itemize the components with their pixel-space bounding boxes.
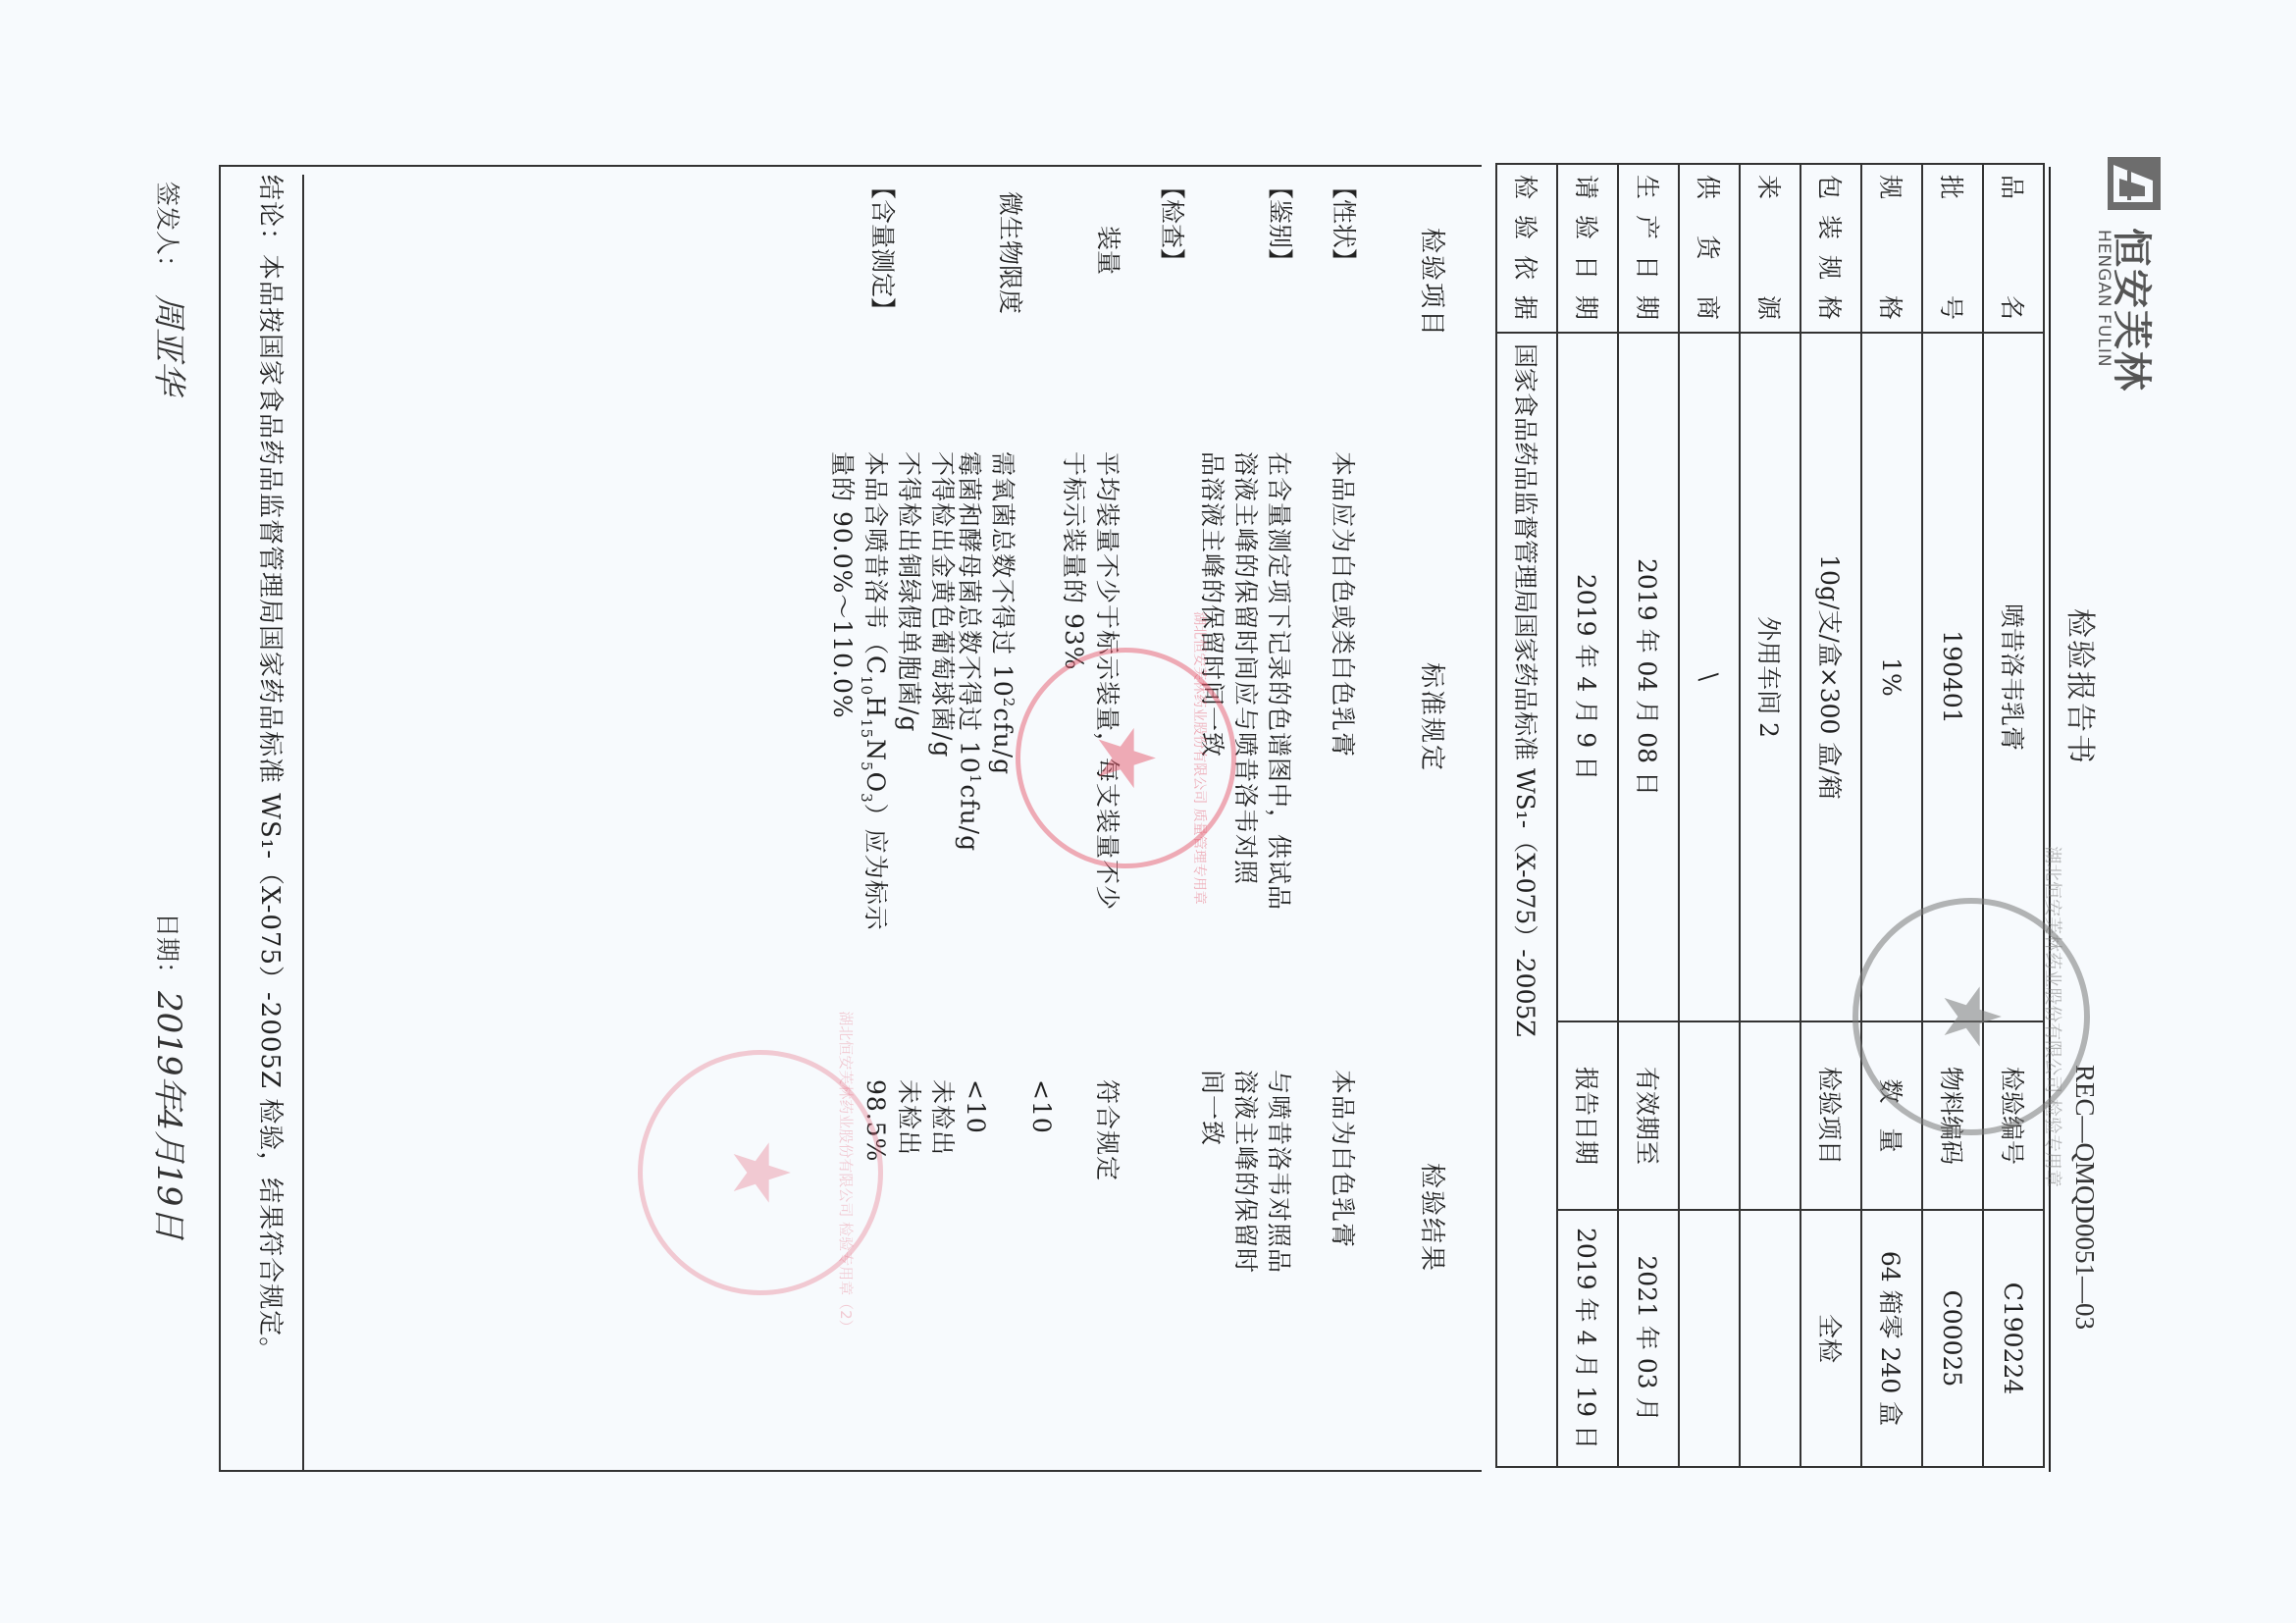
red-qa-stamp: ★ 湖北恒安芙林药业股份有限公司 质量管理专用章 [1016, 648, 1236, 868]
label-basis: 检验依据 [1496, 164, 1557, 333]
red-qc-stamp: ★ 湖北恒安芙林药业股份有限公司 检验专用章（2） [638, 1050, 883, 1295]
result-mold-yeast: <10 [959, 1079, 992, 1134]
value-expiry: 2021 年 03 月 [1618, 1210, 1679, 1467]
value-request-date: 2019 年 4 月 9 日 [1557, 333, 1618, 1021]
date-signature: 2019年4月19日 [148, 991, 196, 1239]
value-inspection-items: 全检 [1800, 1210, 1861, 1467]
table-row: 品 名 喷昔洛韦乳膏 检验编号 C190224 [1983, 164, 2044, 1467]
label-production-date: 生产日期 [1618, 164, 1679, 333]
star-icon: ★ [721, 1137, 800, 1208]
label-source: 来 源 [1740, 164, 1800, 333]
item-identification: 【鉴别】 [1264, 175, 1295, 273]
label-packaging: 包装规格 [1800, 164, 1861, 333]
label-expiry: 有效期至 [1618, 1021, 1679, 1210]
logo-name-en: HENGAN FULIN [2094, 230, 2113, 368]
result-identification-line3: 间一致 [1195, 1070, 1228, 1146]
table-row: 来 源 外用车间 2 [1740, 164, 1800, 1467]
report-title: 检验报告书 [2061, 608, 2105, 765]
table-row: 包装规格 10g/支/盒×300 盒/箱 检验项目 全检 [1800, 164, 1861, 1467]
value-material-code: C00025 [1922, 1210, 1983, 1467]
conclusion: 结论：本品按国家食品药品监督管理局国家药品标准 WS₁-（X-075）-2005… [235, 175, 304, 1470]
star-icon: ★ [1932, 981, 2010, 1052]
label-batch-no: 批 号 [1922, 164, 1983, 333]
header-info-table: 品 名 喷昔洛韦乳膏 检验编号 C190224 批 号 190401 物料编码 … [1495, 163, 2045, 1468]
table-row: 供 货 商 \ [1679, 164, 1740, 1467]
table-row: 请验日期 2019 年 4 月 9 日 报告日期 2019 年 4 月 19 日 [1557, 164, 1618, 1467]
value-source: 外用车间 2 [1740, 333, 1800, 1021]
standard-identification-line1: 在含量测定项下记录的色谱图中，供试品 [1262, 451, 1295, 911]
value-inspection-no: C190224 [1983, 1210, 2044, 1467]
standard-assay-line2: 量的 90.0%～110.0% [825, 451, 859, 719]
item-microbial: 微生物限度 [994, 191, 1025, 314]
logo-name-cn: 恒安芙林 [2107, 228, 2163, 393]
issuer-label: 签发人： [151, 182, 186, 280]
column-header-standard: 标准规定 [1416, 662, 1452, 772]
item-appearance: 【性状】 [1328, 175, 1359, 273]
inspection-report-page: 恒安芙林 HENGAN FULIN 检验报告书 REC—QMQD0051—03 … [0, 0, 2296, 1623]
value-production-date: 2019 年 04 月 08 日 [1618, 333, 1679, 1021]
table-row: 批 号 190401 物料编码 C00025 [1922, 164, 1983, 1467]
value-quantity: 64 箱零 240 盒 [1861, 1210, 1922, 1467]
label-request-date: 请验日期 [1557, 164, 1618, 333]
document-number: REC—QMQD0051—03 [2069, 1065, 2100, 1330]
column-header-item: 检验项目 [1416, 228, 1452, 338]
table-row: 规 格 1% 数 量 64 箱零 240 盒 [1861, 164, 1922, 1467]
item-fill: 装量 [1092, 226, 1123, 275]
result-staph-aureus: 未检出 [925, 1079, 959, 1156]
result-pseudomonas: 未检出 [892, 1079, 925, 1156]
value-basis: 国家食品药品监督管理局国家药品标准 WS₁-（X-075）-2005Z [1496, 333, 1557, 1467]
standard-fill-line2: 于标示装量的 93% [1057, 451, 1090, 671]
value-report-date: 2019 年 4 月 19 日 [1557, 1210, 1618, 1467]
standard-pseudomonas: 不得检出铜绿假单胞菌/g [892, 451, 925, 732]
label-specification: 规 格 [1861, 164, 1922, 333]
result-identification-line2: 溶液主峰的保留时 [1228, 1070, 1262, 1274]
value-packaging: 10g/支/盒×300 盒/箱 [1800, 333, 1861, 1021]
result-appearance: 本品为白色乳膏 [1326, 1070, 1359, 1248]
standard-staph-aureus: 不得检出金黄色葡萄球菌/g [925, 451, 959, 758]
standard-identification-line2: 溶液主峰的保留时间应与喷昔洛韦对照 [1228, 451, 1262, 885]
title-divider [2049, 167, 2051, 1472]
result-fill: 符合规定 [1090, 1079, 1123, 1181]
label-inspection-items: 检验项目 [1800, 1021, 1861, 1210]
standard-appearance: 本品应为白色或类白色乳膏 [1326, 451, 1359, 758]
item-assay: 【含量测定】 [866, 175, 898, 322]
result-identification-line1: 与喷昔洛韦对照品 [1262, 1070, 1295, 1274]
label-product-name: 品 名 [1983, 164, 2044, 333]
star-icon: ★ [1087, 723, 1166, 794]
label-report-date: 报告日期 [1557, 1021, 1618, 1210]
table-row: 检验依据 国家食品药品监督管理局国家药品标准 WS₁-（X-075）-2005Z [1496, 164, 1557, 1467]
result-aerobic-count: <10 [1024, 1079, 1058, 1134]
issuer-signature: 周亚华 [148, 294, 196, 394]
item-inspection: 【检查】 [1156, 175, 1187, 273]
column-header-result: 检验结果 [1416, 1163, 1452, 1273]
gray-company-stamp: ★ 湖北恒安芙林药业股份有限公司 检验专用章 [1852, 898, 2090, 1135]
date-label: 日期： [151, 913, 186, 986]
table-row: 生产日期 2019 年 04 月 08 日 有效期至 2021 年 03 月 [1618, 164, 1679, 1467]
label-supplier: 供 货 商 [1679, 164, 1740, 333]
value-supplier: \ [1679, 333, 1740, 1021]
hengan-logo-icon [2108, 157, 2161, 210]
